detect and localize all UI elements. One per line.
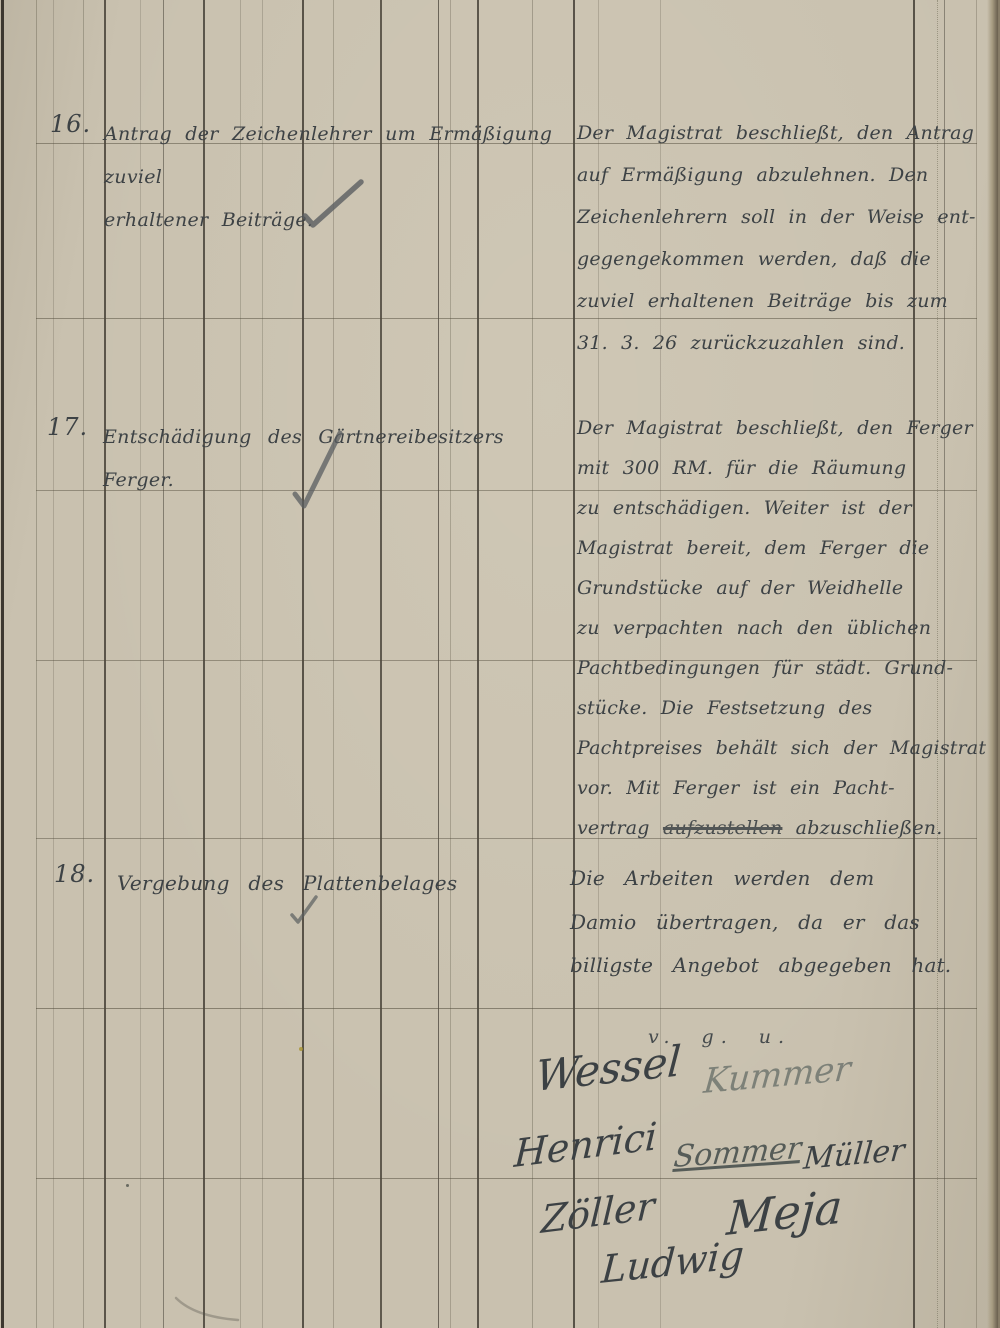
struck-word: aufzustellen — [663, 817, 783, 839]
pencil-smudge — [172, 1292, 242, 1326]
checkmark-icon — [292, 428, 344, 520]
checkmark-icon — [290, 894, 318, 926]
entry-resolution-last-line: vertrag aufzustellen abzuschließen. — [577, 808, 997, 848]
resolution-text: abzuschließen. — [782, 817, 942, 839]
entry-resolution: Die Arbeiten werden dem Damio übertragen… — [570, 857, 990, 988]
entry-resolution: Der Magistrat beschließt, den Ferger mit… — [577, 408, 997, 808]
signature: Müller — [802, 1133, 906, 1177]
signature: Zöller — [540, 1183, 656, 1242]
rule-line-vertical — [53, 0, 54, 1328]
resolution-text: vertrag — [577, 817, 663, 839]
rule-line-horizontal — [36, 1008, 977, 1009]
entry-number: 16. — [50, 110, 91, 138]
signature: Ludwig — [600, 1232, 745, 1292]
ledger-page: 16. Antrag der Zeichenlehrer um Ermäßigu… — [0, 0, 1000, 1328]
entry-number: 17. — [47, 413, 88, 441]
checkmark-icon — [301, 178, 365, 233]
ink-speck — [299, 1047, 303, 1051]
entry-resolution: Der Magistrat beschließt, den Antrag auf… — [577, 112, 997, 364]
rule-line-vertical — [36, 0, 37, 1328]
rule-line-vertical — [1, 0, 4, 1328]
rule-line-vertical — [83, 0, 84, 1328]
ink-speck — [126, 1184, 129, 1187]
entry-number: 18. — [54, 860, 95, 888]
entry-subject: Vergebung des Plattenbelages — [117, 862, 587, 905]
signature: Sommer — [672, 1131, 803, 1175]
signature: Henrici — [513, 1114, 658, 1176]
signature: Kummer — [702, 1049, 852, 1102]
